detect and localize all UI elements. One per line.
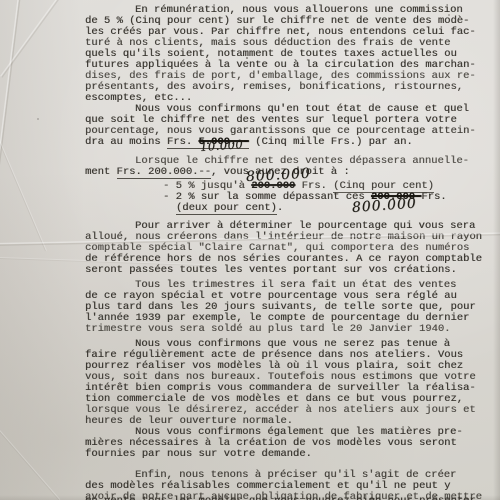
text-line: seront passées toutes les ventes portant… (85, 265, 457, 276)
paper-crease-decoration (0, 140, 47, 251)
text-segment: trimestre vous sera soldé au plus tard l… (85, 323, 450, 335)
text-segment: (Cinq mille Frs.) par an. (249, 136, 413, 148)
handwritten-amount: 800.000 (351, 195, 417, 215)
handwritten-amount: 800.000 (246, 166, 312, 185)
text-segment: . (277, 202, 283, 214)
text-segment: ment (85, 166, 117, 178)
paper-crease-decoration (0, 0, 21, 284)
text-segment: dra au moins (85, 136, 167, 148)
text-segment: seront passées toutes les ventes portant… (85, 264, 457, 276)
document-page: En rémunération, nous vous allouerons un… (0, 0, 500, 500)
text-line: dra au moins Frs. 5.000.-- (Cinq mille F… (85, 137, 413, 148)
paper-crease-decoration (0, 430, 60, 500)
text-line: trimestre vous sera soldé au plus tard l… (85, 324, 450, 335)
text-segment: en vente tous les modèles que vous voudr… (85, 495, 482, 500)
text-segment: fournies par nous sur votre demande. (85, 448, 312, 460)
scan-edge-shadow (493, 0, 500, 500)
underlined-text-segment: Frs. 200.000.-- (117, 166, 212, 179)
text-line: en vente tous les modèles que vous voudr… (85, 496, 482, 500)
text-line: fournies par nous sur votre demande. (85, 449, 312, 460)
underlined-text-segment: (deux pour cent) (176, 202, 277, 215)
text-line: (deux pour cent). (176, 203, 283, 214)
handwritten-amount: 10.000 (200, 137, 244, 154)
paper-crease-decoration (0, 0, 58, 77)
underlined-text-segment: Frs. (167, 136, 199, 149)
paper-speck-decoration (37, 118, 39, 120)
text-segment: Frs. (421, 191, 446, 203)
